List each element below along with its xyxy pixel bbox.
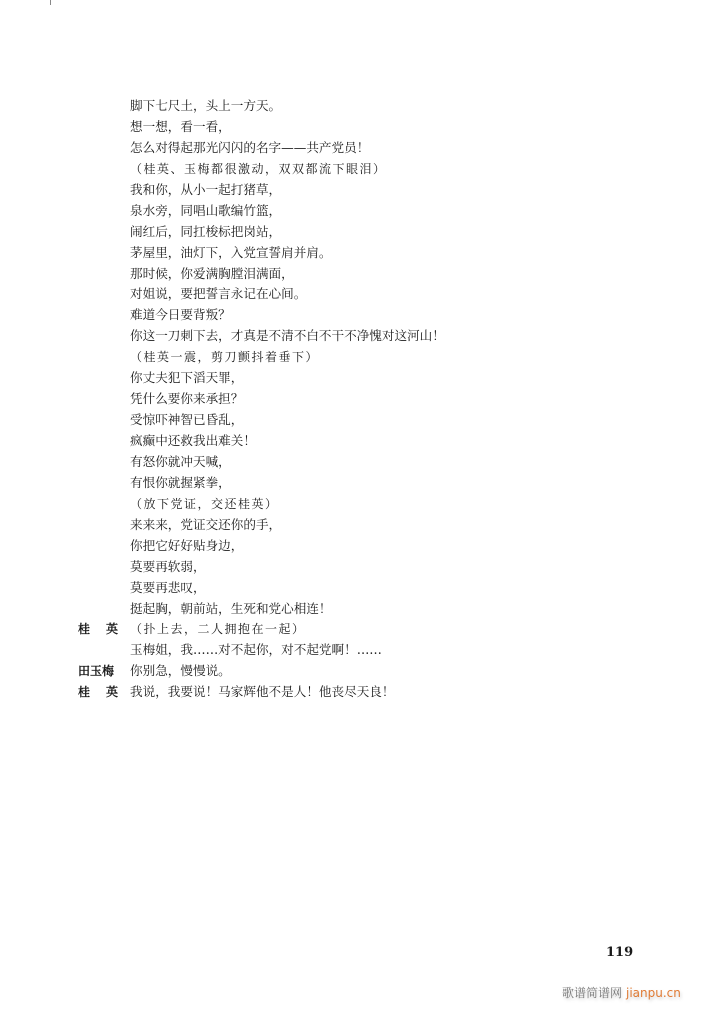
speaker-name [78, 578, 130, 599]
script-line: 脚下七尺土，头上一方天。 [78, 96, 658, 117]
script-line: 莫要再悲叹， [78, 578, 658, 599]
speaker-name [78, 180, 130, 201]
script-line: 疯癫中还救我出难关！ [78, 431, 658, 452]
lyric-text: 有怒你就冲天喊， [130, 452, 658, 473]
script-line: 受惊吓神智已昏乱， [78, 410, 658, 431]
lyric-text: 闹红后，同扛梭标把岗站， [130, 222, 658, 243]
score-page: 脚下七尺土，头上一方天。想一想，看一看，怎么对得起那光闪闪的名字——共产党员！（… [0, 0, 710, 1013]
script-line: （桂英、玉梅都很激动，双双都流下眼泪） [78, 159, 658, 180]
speaker-name [78, 557, 130, 578]
lyric-text: 我说，我要说！马家辉他不是人！他丧尽天良！ [130, 682, 658, 703]
script-body: 脚下七尺土，头上一方天。想一想，看一看，怎么对得起那光闪闪的名字——共产党员！（… [78, 96, 658, 703]
script-line: 有怒你就冲天喊， [78, 452, 658, 473]
speaker-name [78, 452, 130, 473]
speaker-name [78, 347, 130, 368]
watermark-site: jianpu.cn [626, 986, 681, 1000]
speaker-name [78, 473, 130, 494]
stage-direction: （放下党证，交还桂英） [130, 494, 658, 515]
script-line: 对姐说，要把誓言永记在心间。 [78, 284, 658, 305]
script-line: 来来来，党证交还你的手， [78, 515, 658, 536]
speaker-name [78, 389, 130, 410]
lyric-text: 想一想，看一看， [130, 117, 658, 138]
speaker-name [78, 410, 130, 431]
speaker-name: 桂英 [78, 682, 118, 703]
speaker-name [78, 138, 130, 159]
script-line: 田玉梅你别急，慢慢说。 [78, 661, 658, 682]
page-number: 119 [606, 945, 633, 960]
speaker-name [78, 431, 130, 452]
lyric-text: 那时候，你爱满胸膛泪满面， [130, 264, 658, 285]
crop-mark [50, 0, 51, 5]
lyric-text: 你别急，慢慢说。 [130, 661, 658, 682]
script-line: 想一想，看一看， [78, 117, 658, 138]
script-line: 怎么对得起那光闪闪的名字——共产党员！ [78, 138, 658, 159]
lyric-text: 我和你，从小一起打猪草， [130, 180, 658, 201]
stage-direction: （扑上去，二人拥抱在一起） [130, 619, 658, 640]
lyric-text: 你丈夫犯下滔天罪， [130, 368, 658, 389]
lyric-text: 受惊吓神智已昏乱， [130, 410, 658, 431]
speaker-name [78, 599, 130, 620]
script-line: 桂英我说，我要说！马家辉他不是人！他丧尽天良！ [78, 682, 658, 703]
script-line: 泉水旁，同唱山歌编竹篮， [78, 201, 658, 222]
lyric-text: 你这一刀刺下去，才真是不清不白不干不净愧对这河山！ [130, 326, 658, 347]
speaker-name [78, 326, 130, 347]
speaker-name [78, 284, 130, 305]
speaker-name: 田玉梅 [78, 661, 130, 682]
script-line: 挺起胸，朝前站，生死和党心相连！ [78, 599, 658, 620]
lyric-text: 玉梅姐，我……对不起你，对不起党啊！…… [130, 640, 658, 661]
lyric-text: 莫要再软弱， [130, 557, 658, 578]
speaker-name [78, 159, 130, 180]
lyric-text: 对姐说，要把誓言永记在心间。 [130, 284, 658, 305]
speaker-name [78, 536, 130, 557]
script-line: （放下党证，交还桂英） [78, 494, 658, 515]
lyric-text: 怎么对得起那光闪闪的名字——共产党员！ [130, 138, 658, 159]
script-line: （桂英一震，剪刀颤抖着垂下） [78, 347, 658, 368]
script-line: 桂英（扑上去，二人拥抱在一起） [78, 619, 658, 640]
lyric-text: 脚下七尺土，头上一方天。 [130, 96, 658, 117]
lyric-text: 你把它好好贴身边， [130, 536, 658, 557]
script-line: 那时候，你爱满胸膛泪满面， [78, 264, 658, 285]
script-line: 凭什么要你来承担？ [78, 389, 658, 410]
script-line: 玉梅姐，我……对不起你，对不起党啊！…… [78, 640, 658, 661]
lyric-text: 茅屋里，油灯下，入党宣誓肩并肩。 [130, 243, 658, 264]
watermark-cn: 歌谱简谱网 [562, 986, 622, 1000]
script-line: 有恨你就握紧拳， [78, 473, 658, 494]
stage-direction: （桂英一震，剪刀颤抖着垂下） [130, 347, 658, 368]
stage-direction: （桂英、玉梅都很激动，双双都流下眼泪） [130, 159, 658, 180]
speaker-name [78, 494, 130, 515]
lyric-text: 疯癫中还救我出难关！ [130, 431, 658, 452]
lyric-text: 有恨你就握紧拳， [130, 473, 658, 494]
script-line: 你这一刀刺下去，才真是不清不白不干不净愧对这河山！ [78, 326, 658, 347]
speaker-name [78, 305, 130, 326]
script-line: 闹红后，同扛梭标把岗站， [78, 222, 658, 243]
lyric-text: 泉水旁，同唱山歌编竹篮， [130, 201, 658, 222]
speaker-name [78, 368, 130, 389]
speaker-name [78, 222, 130, 243]
script-line: 你丈夫犯下滔天罪， [78, 368, 658, 389]
speaker-name [78, 264, 130, 285]
script-line: 我和你，从小一起打猪草， [78, 180, 658, 201]
script-line: 莫要再软弱， [78, 557, 658, 578]
watermark: 歌谱简谱网jianpu.cn [562, 984, 681, 1001]
script-line: 茅屋里，油灯下，入党宣誓肩并肩。 [78, 243, 658, 264]
lyric-text: 凭什么要你来承担？ [130, 389, 658, 410]
speaker-name [78, 201, 130, 222]
script-line: 你把它好好贴身边， [78, 536, 658, 557]
lyric-text: 莫要再悲叹， [130, 578, 658, 599]
speaker-name [78, 243, 130, 264]
speaker-name [78, 117, 130, 138]
lyric-text: 来来来，党证交还你的手， [130, 515, 658, 536]
lyric-text: 难道今日要背叛？ [130, 305, 658, 326]
script-line: 难道今日要背叛？ [78, 305, 658, 326]
speaker-name [78, 640, 130, 661]
lyric-text: 挺起胸，朝前站，生死和党心相连！ [130, 599, 658, 620]
speaker-name: 桂英 [78, 619, 118, 640]
speaker-name [78, 515, 130, 536]
speaker-name [78, 96, 130, 117]
